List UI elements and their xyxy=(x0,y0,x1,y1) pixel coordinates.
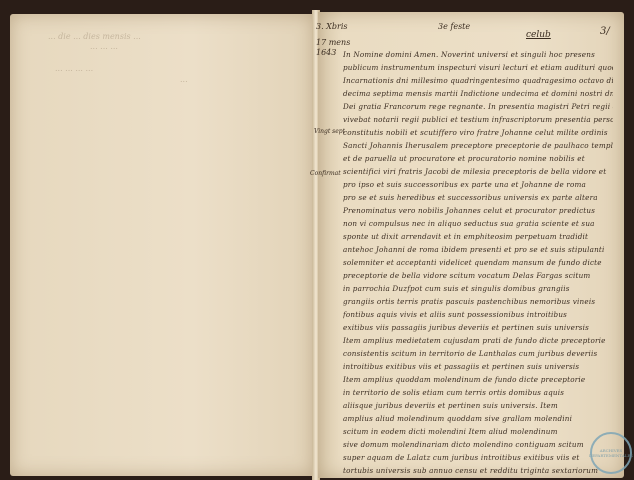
margin-date-line: 1643 xyxy=(316,48,336,57)
stamp-text: ARCHIVES DEPARTEMENTALES xyxy=(589,448,633,458)
text-line: tortubis universis sub annuo censu et re… xyxy=(343,466,613,475)
faint-text-line: ... ... ... ... xyxy=(55,64,93,73)
archive-stamp: ARCHIVES DEPARTEMENTALES xyxy=(590,432,632,474)
text-line: Item amplius quoddam molendinum de fundo… xyxy=(343,375,613,384)
text-line: non vi compulsus nec in aliquo seductus … xyxy=(343,219,613,228)
text-line: super aquam de Lalatz cum juribus introi… xyxy=(343,453,613,462)
header-note: 3e feste xyxy=(438,22,470,31)
text-line: grangiis ortis terris pratis pascuis pas… xyxy=(343,297,613,306)
text-line: Incarnationis dni millesimo quadringente… xyxy=(343,76,613,85)
text-line: et de paruella ut procuratore et procura… xyxy=(343,154,613,163)
text-line: exitibus viis passagiis juribus deveriis… xyxy=(343,323,613,332)
left-page xyxy=(10,14,314,476)
faint-text-line: ... xyxy=(180,75,188,84)
text-line: scitum in eodem dicti molendini Item ali… xyxy=(343,427,613,436)
text-line: Item amplius medietatem cujusdam prati d… xyxy=(343,336,613,345)
manuscript-text-area: 3. Xbris 17 mens 1643 3e feste celub 3/ … xyxy=(318,12,624,478)
text-line: consistentis scitum in territorio de Lan… xyxy=(343,349,613,358)
text-line: sive domum molendinariam dicto molendino… xyxy=(343,440,613,449)
text-line: scientifici viri fratris Jacobi de miles… xyxy=(343,167,613,176)
text-line: Sancti Johannis Iherusalem preceptore pr… xyxy=(343,141,613,150)
faint-text-line: ... ... ... xyxy=(90,42,118,51)
faint-text-line: ... die ... dies mensis ... xyxy=(48,32,141,41)
text-line: antehoc Johanni de roma ibidem presenti … xyxy=(343,245,613,254)
text-line: in territorio de solis etiam cum terris … xyxy=(343,388,613,397)
margin-note: Confirmat xyxy=(310,170,341,177)
margin-date-line: 3. Xbris xyxy=(316,22,347,31)
text-line: sponte ut dixit arrendavit et in emphite… xyxy=(343,232,613,241)
text-line: decima septima mensis martii Indictione … xyxy=(343,89,613,98)
text-line: amplius aliud molendinum quoddam sive gr… xyxy=(343,414,613,423)
text-line: In Nomine domini Amen. Noverint universi… xyxy=(343,50,613,59)
text-line: in parrochia Duzfpot cum suis et singuli… xyxy=(343,284,613,293)
folio-number: 3/ xyxy=(600,26,610,37)
signature: celub xyxy=(526,30,551,40)
text-line: vivebat notarii regii publici et testium… xyxy=(343,115,613,124)
text-line: introitibus exitibus viis et passagiis e… xyxy=(343,362,613,371)
text-line: constitutis nobili et scutiffero viro fr… xyxy=(343,128,613,137)
margin-note: Vingt sept xyxy=(314,128,345,135)
text-line: Prenominatus vero nobilis Johannes celut… xyxy=(343,206,613,215)
text-line: pro ipso et suis successoribus ex parte … xyxy=(343,180,613,189)
text-line: publicum instrumentum inspecturi visuri … xyxy=(343,63,613,72)
text-line: solemniter et acceptanti videlicet quend… xyxy=(343,258,613,267)
text-line: fontibus aquis vivis et aliis sunt posse… xyxy=(343,310,613,319)
text-line: pro se et suis heredibus et successoribu… xyxy=(343,193,613,202)
text-line: preceptorie de bella vidore scitum vocat… xyxy=(343,271,613,280)
margin-date-line: 17 mens xyxy=(316,38,350,47)
text-line: aliisque juribus deveriis et pertinen su… xyxy=(343,401,613,410)
text-line: Dei gratia Francorum rege regnante. In p… xyxy=(343,102,613,111)
